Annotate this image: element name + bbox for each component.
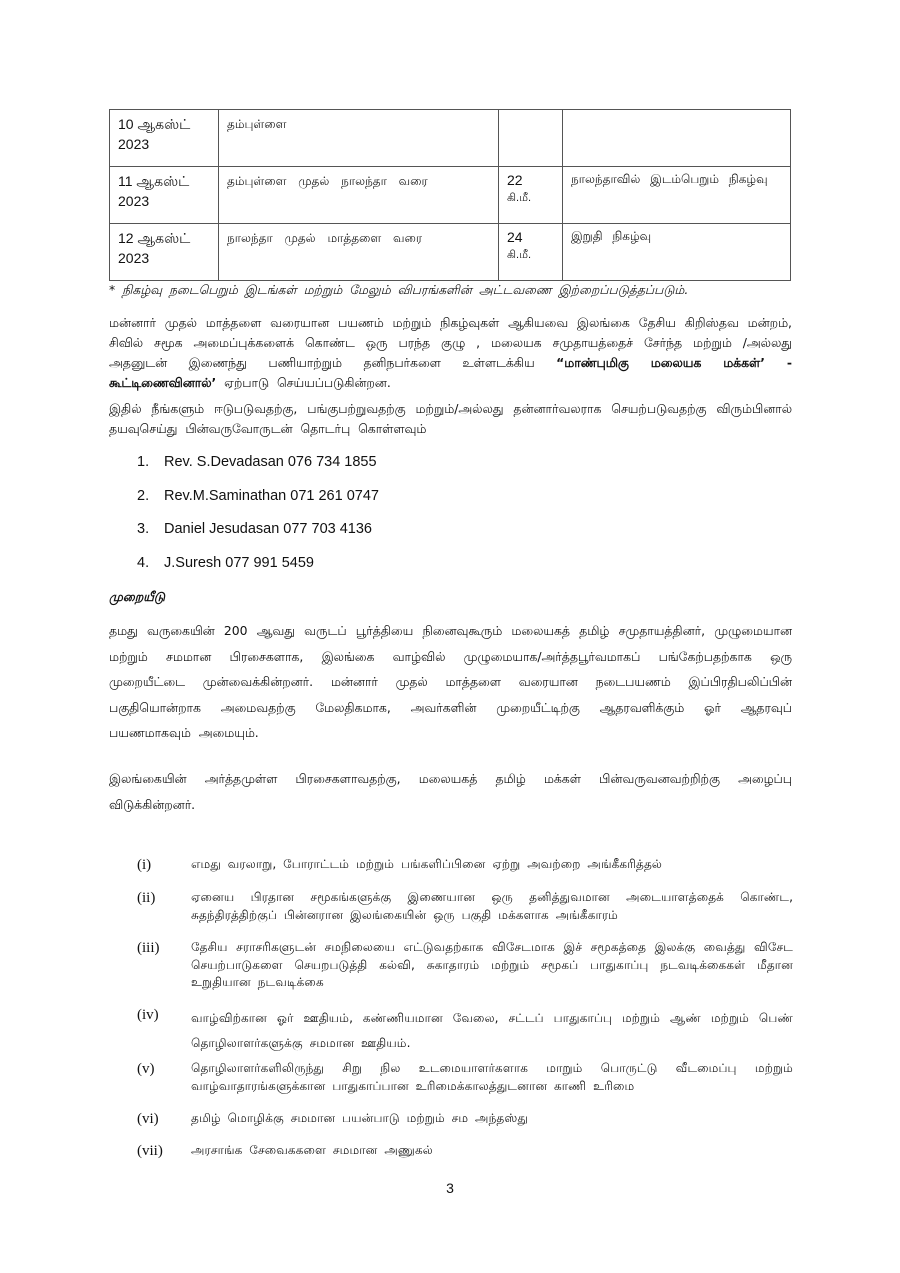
route-cell: தம்புள்ளை முதல் நாலந்தா வரை [219,167,499,224]
distance-cell: 22கி.மீ. [499,167,563,224]
roman-numeral: (iv) [137,1006,191,1056]
appeal-paragraph: தமது வருகையின் 200 ஆவது வருடப் பூர்த்திய… [109,618,792,746]
demand-text: தமிழ் மொழிக்கு சமமான பயன்பாடு மற்றும் சம… [191,1110,793,1128]
roman-numeral: (vii) [137,1142,191,1160]
page-number: 3 [0,1180,900,1196]
demand-text: தொழிலாளர்களிலிருந்து சிறு நில உடமையாளர்க… [191,1060,793,1095]
note-cell: நாலந்தாவில் இடம்பெறும் நிகழ்வு [563,167,791,224]
date-day: 11 ஆகஸ்ட் [118,173,189,189]
call-paragraph: இலங்கையின் அர்த்தமுள்ள பிரசைகளாவதற்கு, ம… [109,766,792,817]
table-footnote: * நிகழ்வு நடைபெறும் இடங்கள் மற்றும் மேலு… [109,282,688,299]
contact-text: J.Suresh 077 991 5459 [164,555,314,589]
demand-item: (iv)வாழ்விற்கான ஓர் ஊதியம், கண்ணியமான வே… [137,1006,793,1056]
table-row: 12 ஆகஸ்ட்2023 நாலந்தா முதல் மாத்தளை வரை … [110,224,791,281]
contact-item: 3.Daniel Jesudasan 077 703 4136 [137,521,379,555]
list-number: 1. [137,454,164,488]
contact-intro-paragraph: இதில் நீங்களும் ஈடுபடுவதற்கு, பங்குபற்று… [109,399,792,439]
contact-list: 1.Rev. S.Devadasan 076 734 1855 2.Rev.M.… [137,454,379,588]
roman-numeral: (ii) [137,889,191,924]
demand-text: அரசாங்க சேவைககளை சமமான அணுகல் [191,1142,793,1160]
demand-text: தேசிய சராசரிகளுடன் சமநிலையை எட்டுவதற்காக… [191,939,793,992]
table-row: 11 ஆகஸ்ட்2023 தம்புள்ளை முதல் நாலந்தா வர… [110,167,791,224]
contact-text: Rev. S.Devadasan 076 734 1855 [164,454,377,488]
note-cell: இறுதி நிகழ்வு [563,224,791,281]
contact-item: 4.J.Suresh 077 991 5459 [137,555,379,589]
date-day: 12 ஆகஸ்ட் [118,230,190,246]
demand-item: (i)எமது வரலாறு, போராட்டம் மற்றும் பங்களி… [137,856,793,874]
note-cell [563,110,791,167]
contact-item: 2.Rev.M.Saminathan 071 261 0747 [137,488,379,522]
distance-value: 22 [507,172,523,188]
organizers-paragraph: மன்னார் முதல் மாத்தளை வரையான பயணம் மற்று… [109,313,792,393]
date-cell: 11 ஆகஸ்ட்2023 [110,167,219,224]
roman-numeral: (iii) [137,939,191,992]
distance-cell [499,110,563,167]
demand-item: (iii)தேசிய சராசரிகளுடன் சமநிலையை எட்டுவத… [137,939,793,992]
distance-value: 24 [507,229,523,245]
paragraph-text: ஏற்பாடு செய்யப்படுகின்றன. [216,375,391,390]
document-page: 10 ஆகஸ்ட்2023 தம்புள்ளை 11 ஆகஸ்ட்2023 தம… [0,0,900,1273]
roman-numeral: (vi) [137,1110,191,1128]
route-cell: நாலந்தா முதல் மாத்தளை வரை [219,224,499,281]
date-cell: 12 ஆகஸ்ட்2023 [110,224,219,281]
distance-unit: கி.மீ. [507,246,554,264]
table-row: 10 ஆகஸ்ட்2023 தம்புள்ளை [110,110,791,167]
list-number: 4. [137,555,164,589]
section-heading: முறையீடு [109,589,165,606]
list-number: 3. [137,521,164,555]
date-year: 2023 [118,136,149,152]
roman-numeral: (v) [137,1060,191,1095]
roman-numeral: (i) [137,856,191,874]
route-cell: தம்புள்ளை [219,110,499,167]
demand-item: (vi)தமிழ் மொழிக்கு சமமான பயன்பாடு மற்றும… [137,1110,793,1128]
date-year: 2023 [118,250,149,266]
demand-text: வாழ்விற்கான ஓர் ஊதியம், கண்ணியமான வேலை, … [191,1006,793,1056]
demand-item: (vii)அரசாங்க சேவைககளை சமமான அணுகல் [137,1142,793,1160]
date-cell: 10 ஆகஸ்ட்2023 [110,110,219,167]
demand-item: (ii)ஏனைய பிரதான சமூகங்களுக்கு இணையான ஒரு… [137,889,793,924]
distance-unit: கி.மீ. [507,189,554,207]
contact-text: Daniel Jesudasan 077 703 4136 [164,521,372,555]
list-number: 2. [137,488,164,522]
demand-item: (v)தொழிலாளர்களிலிருந்து சிறு நில உடமையாள… [137,1060,793,1095]
contact-text: Rev.M.Saminathan 071 261 0747 [164,488,379,522]
date-year: 2023 [118,193,149,209]
demand-text: ஏனைய பிரதான சமூகங்களுக்கு இணையான ஒரு தனி… [191,889,793,924]
demand-text: எமது வரலாறு, போராட்டம் மற்றும் பங்களிப்ப… [191,856,793,874]
distance-cell: 24கி.மீ. [499,224,563,281]
schedule-table: 10 ஆகஸ்ட்2023 தம்புள்ளை 11 ஆகஸ்ட்2023 தம… [109,109,791,281]
date-day: 10 ஆகஸ்ட் [118,116,190,132]
contact-item: 1.Rev. S.Devadasan 076 734 1855 [137,454,379,488]
